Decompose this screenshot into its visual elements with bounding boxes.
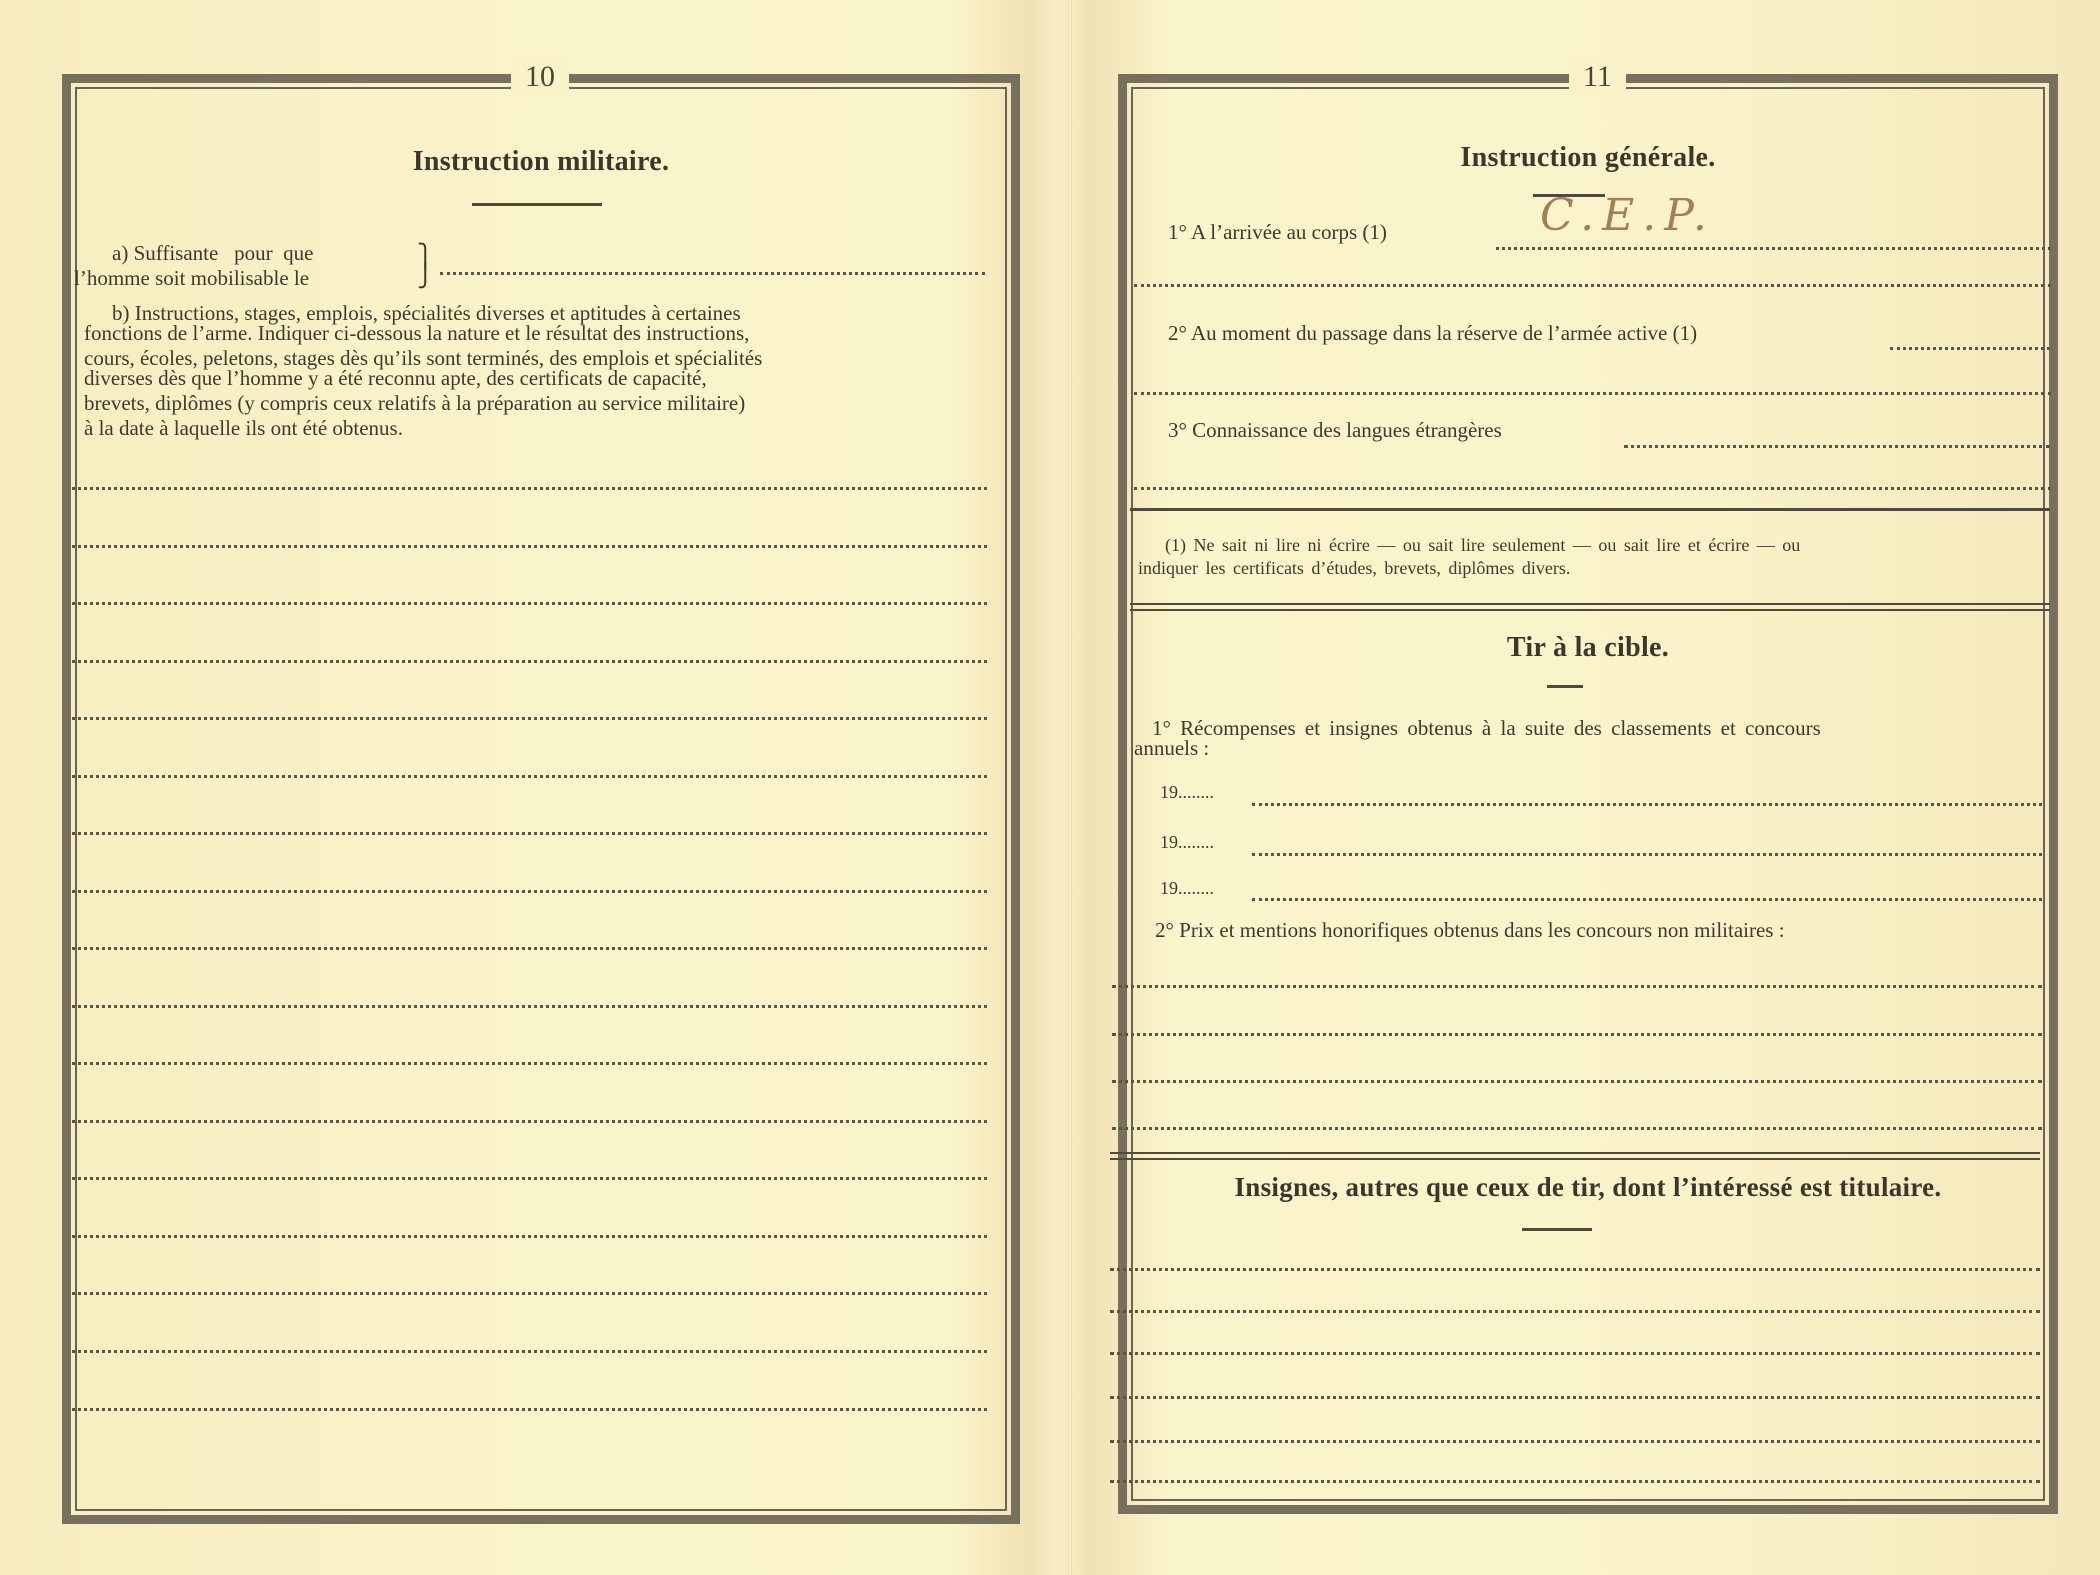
- book-fold: [1068, 0, 1072, 1575]
- prize-entry-line[interactable]: [1112, 1127, 2042, 1130]
- section-title-tir: Tir à la cible.: [1118, 632, 2058, 664]
- insignia-entry-line[interactable]: [1110, 1352, 2040, 1355]
- insignia-entry-line[interactable]: [1110, 1396, 2040, 1399]
- blank-entry-line[interactable]: [72, 1120, 987, 1123]
- insignia-entry-line[interactable]: [1110, 1480, 2040, 1483]
- blank-entry-line[interactable]: [72, 890, 987, 893]
- tir-item1-line1: 1° Récompenses et insignes obtenus à la …: [1152, 718, 1821, 738]
- item2-field-continued[interactable]: [1134, 392, 2051, 395]
- item-b-line: à la date à laquelle ils ont été obtenus…: [84, 418, 403, 438]
- footnote-line2: indiquer les certificats d’études, breve…: [1138, 558, 1570, 578]
- year-entry-field[interactable]: [1252, 898, 2042, 901]
- blank-entry-line[interactable]: [72, 487, 987, 490]
- section-double-divider: [1110, 1158, 2040, 1160]
- footnote-line1: (1) Ne sait ni lire ni écrire — ou sait …: [1165, 535, 1800, 555]
- section-divider: [1130, 508, 2050, 511]
- item-b-line: cours, écoles, peletons, stages dès qu’i…: [84, 348, 762, 368]
- blank-entry-line[interactable]: [72, 947, 987, 950]
- blank-entry-line[interactable]: [72, 1177, 987, 1180]
- right-page-frame: 11: [1118, 74, 2058, 1514]
- item-b-line: b) Instructions, stages, emplois, spécia…: [112, 303, 741, 323]
- left-page-title: Instruction militaire.: [62, 146, 1020, 178]
- year-label: 19........: [1160, 832, 1214, 852]
- brace-icon: ⎭: [417, 266, 434, 286]
- mobilisable-date-field[interactable]: [440, 272, 985, 275]
- blank-entry-line[interactable]: [72, 775, 987, 778]
- item1-field[interactable]: [1496, 247, 2051, 250]
- prize-entry-line[interactable]: [1112, 985, 2042, 988]
- item3-field[interactable]: [1624, 445, 2050, 448]
- insignia-entry-line[interactable]: [1110, 1268, 2040, 1271]
- insignia-entry-line[interactable]: [1110, 1310, 2040, 1313]
- blank-entry-line[interactable]: [72, 660, 987, 663]
- left-page-frame: 10: [62, 74, 1020, 1524]
- right-page-number: 11: [1569, 57, 1626, 97]
- item-a-line2: l’homme soit mobilisable le: [74, 268, 309, 288]
- prize-entry-line[interactable]: [1112, 1080, 2042, 1083]
- item2-field[interactable]: [1890, 347, 2050, 350]
- title-underline: [472, 203, 602, 206]
- blank-entry-line[interactable]: [72, 1350, 987, 1353]
- year-label: 19........: [1160, 782, 1214, 802]
- blank-entry-line[interactable]: [72, 717, 987, 720]
- left-page-number: 10: [511, 57, 569, 97]
- item1-label: 1° A l’arrivée au corps (1): [1168, 222, 1387, 242]
- year-entry-field[interactable]: [1252, 853, 2042, 856]
- item-a-line1: a) Suffisante pour que: [112, 243, 313, 263]
- blank-entry-line[interactable]: [72, 1005, 987, 1008]
- section-title-instruction-generale: Instruction générale.: [1118, 142, 2058, 174]
- blank-entry-line[interactable]: [72, 602, 987, 605]
- item-b-line: diverses dès que l’homme y a été reconnu…: [84, 368, 707, 388]
- blank-entry-line[interactable]: [72, 1408, 987, 1411]
- item-b-line: brevets, diplômes (y compris ceux relati…: [84, 393, 745, 413]
- blank-entry-line[interactable]: [72, 832, 987, 835]
- year-label: 19........: [1160, 878, 1214, 898]
- section-title-insignes: Insignes, autres que ceux de tir, dont l…: [1118, 1172, 2058, 1203]
- blank-entry-line[interactable]: [72, 1292, 987, 1295]
- item2-label: 2° Au moment du passage dans la réserve …: [1168, 323, 1697, 343]
- item-b-line: fonctions de l’arme. Indiquer ci-dessous…: [84, 323, 749, 343]
- item3-field-continued[interactable]: [1134, 487, 2051, 490]
- tir-item2-label: 2° Prix et mentions honorifiques obtenus…: [1155, 920, 1785, 940]
- section-double-divider: [1130, 609, 2050, 611]
- section-double-divider: [1110, 1152, 2040, 1154]
- prize-entry-line[interactable]: [1112, 1033, 2042, 1036]
- blank-entry-line[interactable]: [72, 1235, 987, 1238]
- item1-field-continued[interactable]: [1134, 284, 2051, 287]
- item1-handwritten-value[interactable]: C.E.P.: [1540, 190, 1715, 241]
- year-entry-field[interactable]: [1252, 803, 2042, 806]
- section-double-divider: [1130, 603, 2050, 605]
- title-underline: [1547, 685, 1583, 688]
- blank-entry-line[interactable]: [72, 545, 987, 548]
- title-underline: [1522, 1228, 1592, 1231]
- tir-item1-line2: annuels :: [1134, 738, 1209, 758]
- insignia-entry-line[interactable]: [1110, 1440, 2040, 1443]
- blank-entry-line[interactable]: [72, 1062, 987, 1065]
- item3-label: 3° Connaissance des langues étrangères: [1168, 420, 1502, 440]
